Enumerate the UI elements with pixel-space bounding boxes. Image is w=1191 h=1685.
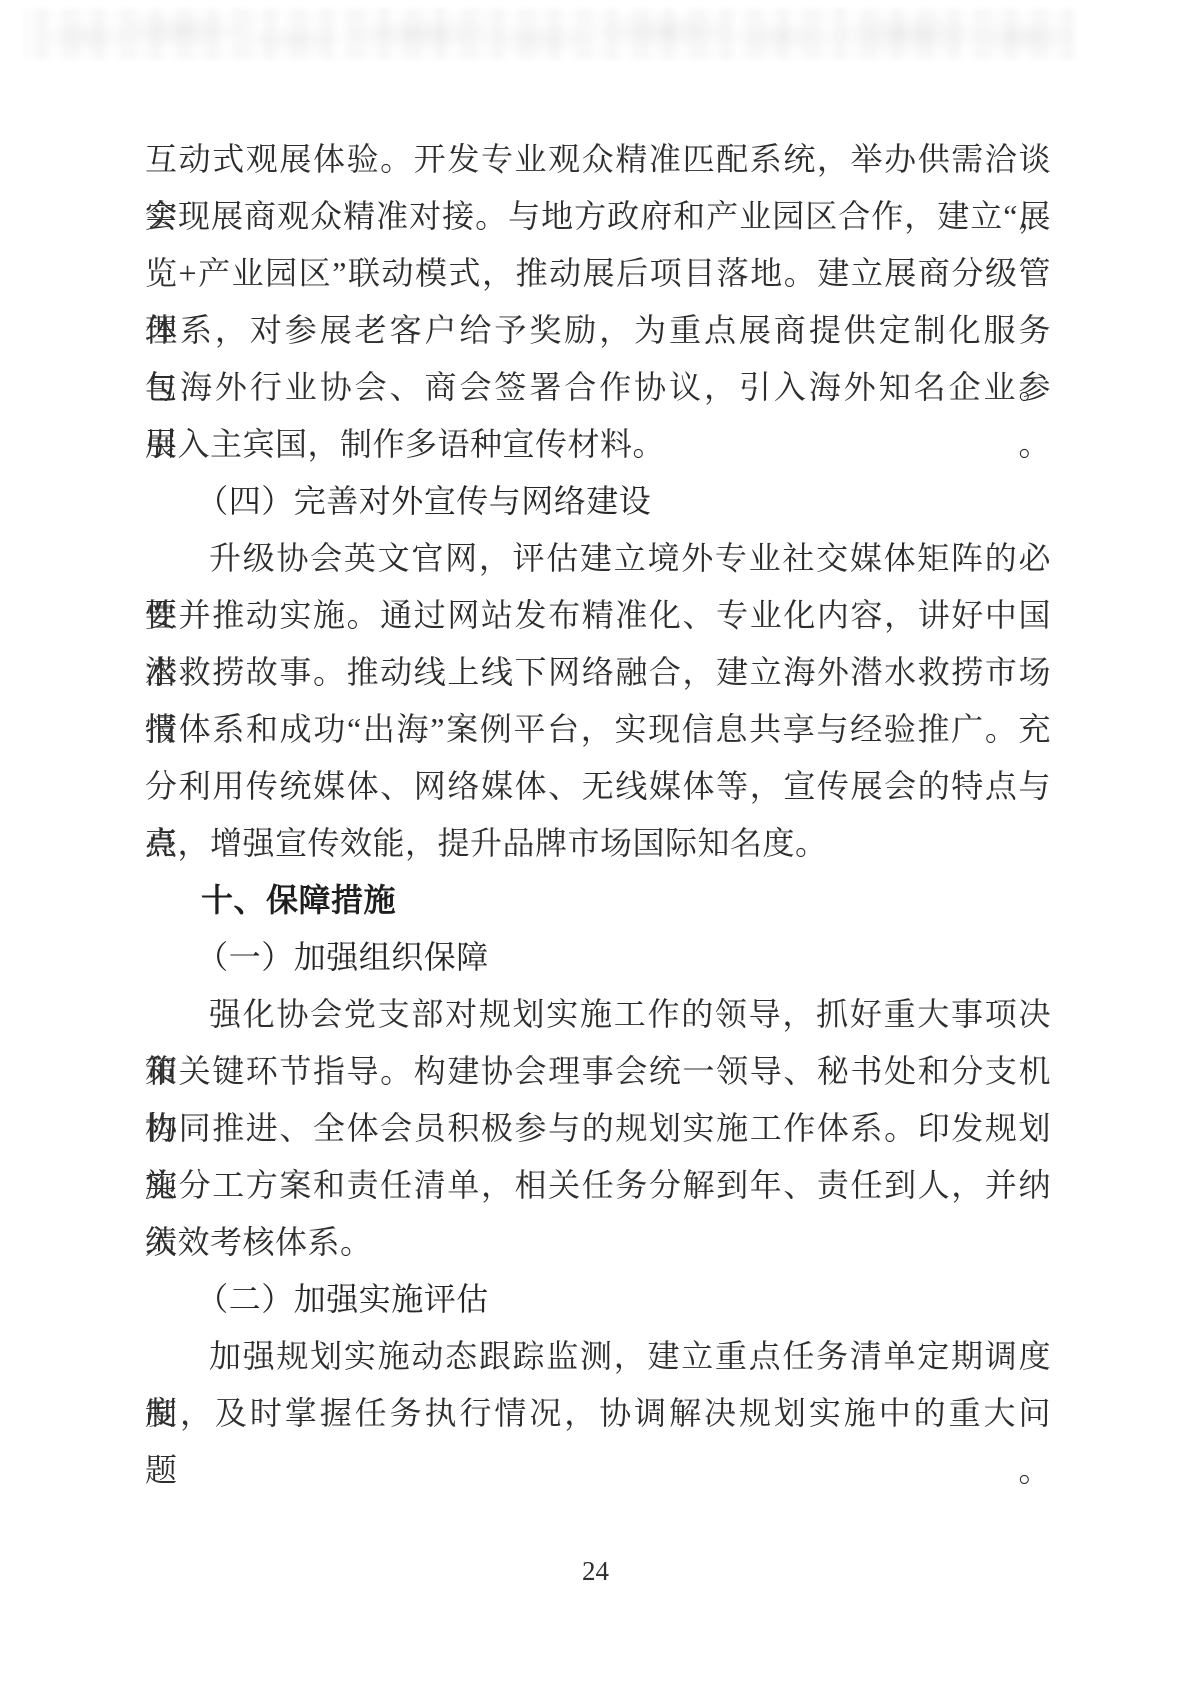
text-line: 水救捞故事。推动线上线下网络融合，建立海外潜水救捞市场情 [145,644,1051,701]
sub-heading: （二）加强实施评估 [145,1271,1051,1328]
text-line: 绩效考核体系。 [145,1214,1051,1271]
text-line: 加强规划实施动态跟踪监测，建立重点任务清单定期调度制 [145,1328,1051,1385]
text-line: 性并推动实施。通过网站发布精准化、专业化内容，讲好中国潜 [145,587,1051,644]
text-line: 强化协会党支部对规划实施工作的领导，抓好重大事项决策 [145,986,1051,1043]
document-body: 互动式观展体验。开发专业观众精准匹配系统，举办供需洽谈会，实现展商观众精准对接。… [145,131,1051,1442]
text-line: 报体系和成功“出海”案例平台，实现信息共享与经验推广。充 [145,701,1051,758]
document-page: 互动式观展体验。开发专业观众精准匹配系统，举办供需洽谈会，实现展商观众精准对接。… [0,0,1191,1685]
page-footer: 24 [0,1556,1191,1587]
text-line: 度，及时掌握任务执行情况，协调解决规划实施中的重大问题。 [145,1385,1051,1442]
scan-bleed-through-artifact [22,8,1077,60]
text-line: 与海外行业协会、商会签署合作协议，引入海外知名企业参展。 [145,359,1051,416]
text-line: 分利用传统媒体、网络媒体、无线媒体等，宣传展会的特点与亮 [145,758,1051,815]
text-line: 实现展商观众精准对接。与地方政府和产业园区合作，建立“展 [145,188,1051,245]
text-line: 体系，对参展老客户给予奖励，为重点展商提供定制化服务包。 [145,302,1051,359]
page-number: 24 [582,1556,609,1586]
sub-heading: （四）完善对外宣传与网络建设 [145,473,1051,530]
text-line: 升级协会英文官网，评估建立境外专业社交媒体矩阵的必要 [145,530,1051,587]
text-line: 协同推进、全体会员积极参与的规划实施工作体系。印发规划实 [145,1100,1051,1157]
text-line: 览+产业园区”联动模式，推动展后项目落地。建立展商分级管理 [145,245,1051,302]
section-heading: 十、保障措施 [145,872,1051,929]
text-line: 和关键环节指导。构建协会理事会统一领导、秘书处和分支机构 [145,1043,1051,1100]
sub-heading: （一）加强组织保障 [145,929,1051,986]
text-line: 互动式观展体验。开发专业观众精准匹配系统，举办供需洽谈会， [145,131,1051,188]
text-line: 施分工方案和责任清单，相关任务分解到年、责任到人，并纳入 [145,1157,1051,1214]
text-line: 点，增强宣传效能，提升品牌市场国际知名度。 [145,815,1051,872]
